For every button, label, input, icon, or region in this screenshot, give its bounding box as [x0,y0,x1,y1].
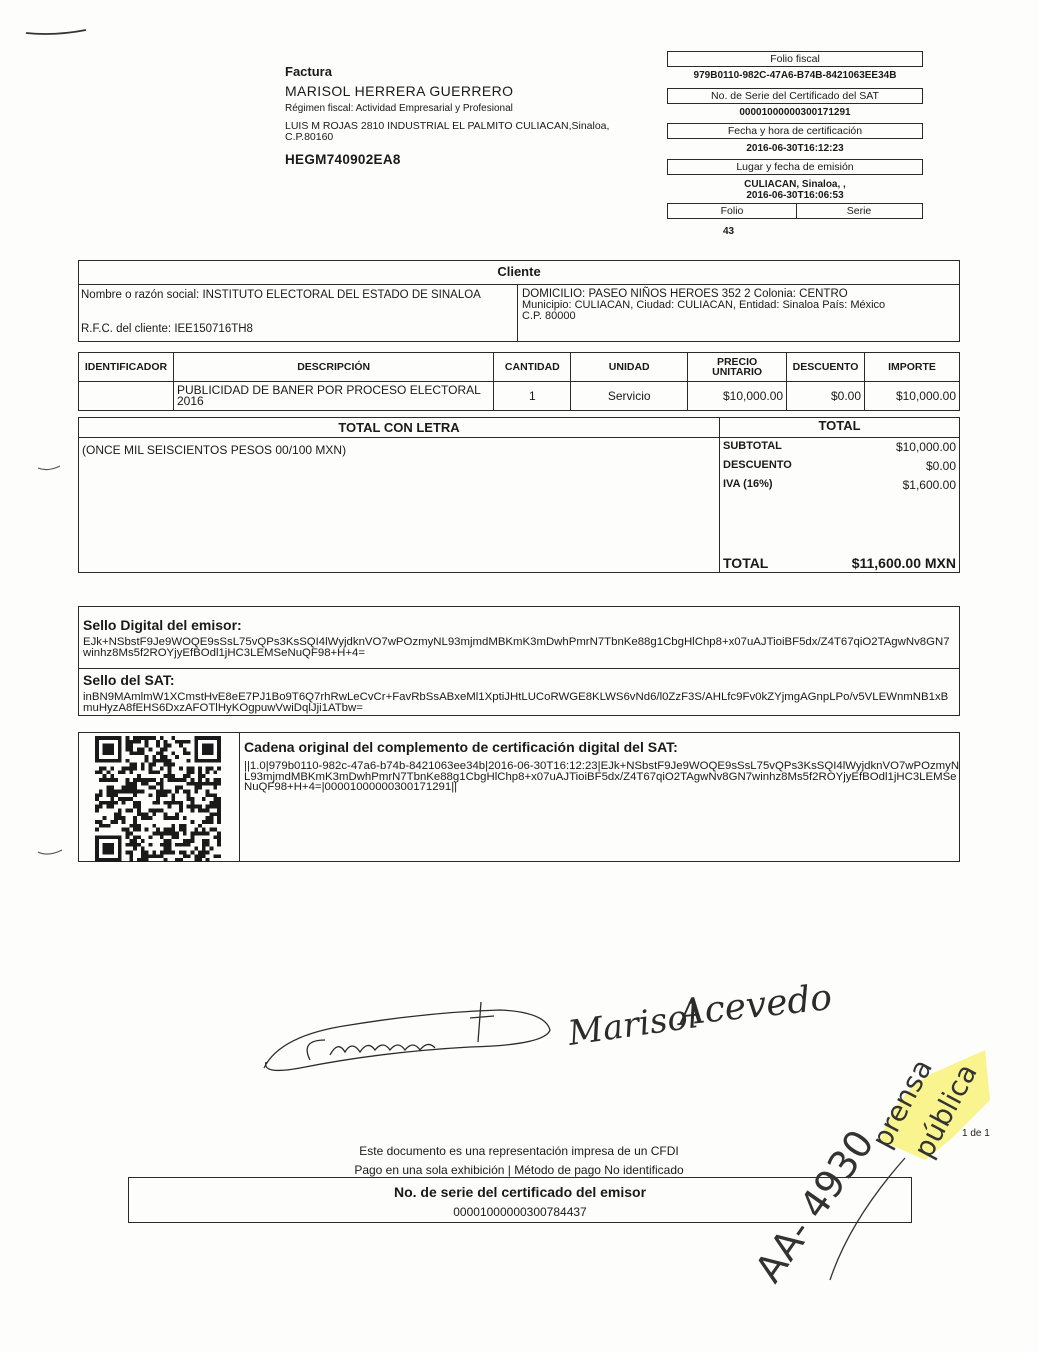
iva-value: $1,600.00 [903,478,956,492]
cadena-title: Cadena original del complemento de certi… [244,739,678,755]
cell-importe: $10,000.00 [865,382,960,411]
sat-cert-value: 00001000000300171291 [667,108,923,118]
folio-fiscal-value: 979B0110-982C-47A6-B74B-8421063EE34B [667,71,923,81]
cfdi-note: Este documento es una representación imp… [0,1144,1038,1158]
payment-note: Pago en una sola exhibición | Método de … [0,1163,1038,1177]
sat-seal-value: inBN9MAmlmW1XCmstHvE8eE7PJ1Bo9T6Q7rhRwLe… [83,692,955,713]
col-importe: IMPORTE [865,353,960,382]
col-descuento: DESCUENTO [787,353,865,382]
cert-datetime-value: 2016-06-30T16:12:23 [667,144,923,154]
seals-section: Sello Digital del emisor: EJk+NSbstF9Je9… [78,606,960,716]
emitter-name: MARISOL HERRERA GUERRERO [285,83,513,99]
client-section: Cliente Nombre o razón social: INSTITUTO… [78,260,960,342]
folio-value: 43 [723,226,734,237]
grand-total-value: $11,600.00 MXN [852,555,956,571]
cell-identificador [79,382,174,411]
client-address-line2: Municipio: CULIACAN, Ciudad: CULIACAN, E… [522,300,959,311]
cell-descuento: $0.00 [787,382,865,411]
cell-cantidad: 1 [494,382,571,411]
emitter-seal-value: EJk+NSbstF9Je9WOQE9sSsL75vQPs3KsSQI4lWyj… [83,637,955,658]
table-row: PUBLICIDAD DE BANER POR PROCESO ELECTORA… [79,382,960,411]
sat-seal-label: Sello del SAT: [83,672,175,688]
items-header-row: IDENTIFICADOR DESCRIPCIÓN CANTIDAD UNIDA… [79,353,960,382]
cadena-panel: Cadena original del complemento de certi… [239,733,959,861]
total-letter-title: TOTAL CON LETRA [79,418,720,438]
emitter-address: LUIS M ROJAS 2810 INDUSTRIAL EL PALMITO … [285,121,645,143]
items-table: IDENTIFICADOR DESCRIPCIÓN CANTIDAD UNIDA… [78,352,960,411]
folio-label: Folio [668,204,797,218]
descuento-value: $0.00 [926,459,956,473]
signature [264,1002,550,1070]
cell-precio-unitario: $10,000.00 [688,382,787,411]
cadena-section: Cadena original del complemento de certi… [78,732,960,862]
folio-serie-header: Folio Serie [667,203,923,219]
grand-total-label: TOTAL [723,555,768,571]
issue-datetime-value: 2016-06-30T16:06:53 [667,191,923,201]
col-precio-unitario: PRECIO UNITARIO [688,353,787,382]
emitter-cert-value: 00001000000300784437 [129,1205,911,1219]
cell-unidad: Servicio [571,382,688,411]
descuento-label: DESCUENTO [723,459,792,471]
handwritten-name: Marisol [565,996,701,1054]
sat-cert-label: No. de Serie del Certificado del SAT [667,88,923,104]
client-address-line3: C.P. 80000 [522,311,959,322]
place-date-label: Lugar y fecha de emisión [667,159,923,175]
margin-mark [38,466,60,470]
annotation-prensa: prensa [865,1054,939,1154]
client-title: Cliente [79,261,959,285]
cert-datetime-label: Fecha y hora de certificación [667,123,923,139]
cadena-value: ||1.0|979b0110-982c-47a6-b74b-8421063ee3… [244,761,964,793]
cell-descripcion: PUBLICIDAD DE BANER POR PROCESO ELECTORA… [173,382,493,411]
totals-section: TOTAL CON LETRA TOTAL (ONCE MIL SEISCIEN… [78,417,960,573]
grand-total-row: TOTAL $11,600.00 MXN . [723,555,956,571]
col-descripcion: DESCRIPCIÓN [173,353,493,382]
seal-divider [79,668,959,669]
client-address: DOMICILIO: PASEO NIÑOS HEROES 352 2 Colo… [519,285,959,341]
place-value: CULIACAN, Sinaloa, , [667,180,923,190]
client-name: Nombre o razón social: INSTITUTO ELECTOR… [81,290,501,301]
amount-in-words: (ONCE MIL SEISCIENTOS PESOS 00/100 MXN) [82,443,346,457]
serie-label: Serie [796,204,922,218]
subtotal-label: SUBTOTAL [723,440,782,452]
margin-mark [38,850,62,854]
subtotal-value: $10,000.00 [896,440,956,454]
qr-code-icon [93,736,223,862]
client-identity: Nombre o razón social: INSTITUTO ELECTOR… [79,285,518,341]
emitter-seal-label: Sello Digital del emisor: [83,617,242,633]
scan-mark [26,30,86,34]
total-title: TOTAL [720,418,959,435]
totals-panel: SUBTOTAL $10,000.00 DESCUENTO $0.00 IVA … [719,437,959,572]
folio-fiscal-label: Folio fiscal [667,51,923,67]
emitter-regimen: Régimen fiscal: Actividad Empresarial y … [285,103,513,114]
col-unidad: UNIDAD [571,353,688,382]
col-identificador: IDENTIFICADOR [79,353,174,382]
col-cantidad: CANTIDAD [494,353,571,382]
emitter-rfc: HEGM740902EA8 [285,152,401,167]
document-type: Factura [285,64,332,79]
iva-label: IVA (16%) [723,478,773,490]
page-number: 1 de 1 [962,1128,990,1139]
client-rfc: R.F.C. del cliente: IEE150716TH8 [81,323,253,335]
emitter-cert-section: No. de serie del certificado del emisor … [128,1177,912,1223]
handwritten-surname: Acevedo [674,977,834,1034]
emitter-cert-label: No. de serie del certificado del emisor [129,1184,911,1200]
